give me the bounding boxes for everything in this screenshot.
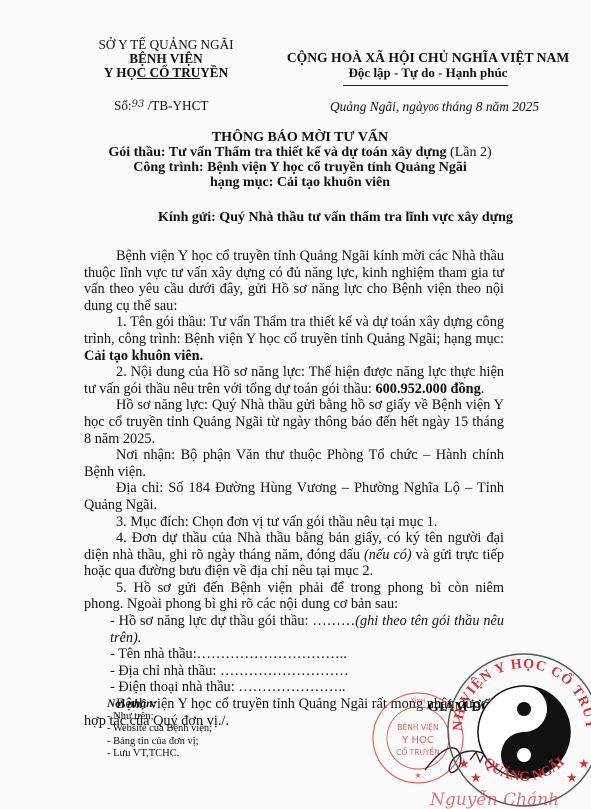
item-4: 4. Đơn dự thầu của Nhà thầu bằng bản giấ…: [84, 530, 504, 580]
svg-text:★: ★: [470, 770, 482, 785]
svg-text:★: ★: [578, 756, 590, 771]
national-motto: Độc lập - Tự do - Hạnh phúc: [278, 65, 578, 80]
agency-parent: SỞ Y TẾ QUẢNG NGÃI: [96, 38, 236, 52]
place-date: Quảng Ngãi, ngày06 tháng 8 năm 2025: [330, 99, 539, 115]
recipient-item: - Website của Bệnh viện;: [107, 723, 212, 736]
document-title: THÔNG BÁO MỜI TƯ VẤN: [60, 130, 540, 145]
agency-name-line1: BỆNH VIỆN: [96, 52, 236, 66]
envelope-line-package: - Hồ sơ năng lực dự thầu gói thầu: ………(g…: [84, 613, 504, 646]
project-name: Công trình: Bệnh viện Y học cổ truyền tỉ…: [60, 160, 540, 175]
document-body: Bệnh viện Y học cổ truyền tỉnh Quảng Ngã…: [84, 248, 504, 729]
receiver-paragraph: Nơi nhận: Bộ phận Văn thư thuộc Phòng Tổ…: [84, 447, 504, 480]
document-page: SỞ Y TẾ QUẢNG NGÃI BỆNH VIỆN Y HỌC CỔ TR…: [0, 0, 591, 809]
envelope-line-contractor: - Tên nhà thầu:…………………………..: [84, 646, 504, 663]
intro-paragraph: Bệnh viện Y học cổ truyền tỉnh Quảng Ngã…: [84, 248, 504, 314]
nation-name: CỘNG HOÀ XÃ HỘI CHỦ NGHĨA VIỆT NAM: [278, 50, 578, 65]
issuing-agency: SỞ Y TẾ QUẢNG NGÃI BỆNH VIỆN Y HỌC CỔ TR…: [96, 38, 236, 80]
item-5: 5. Hồ sơ gửi đến Bệnh viện phải để trong…: [84, 580, 504, 613]
document-title-block: THÔNG BÁO MỜI TƯ VẤN Gói thầu: Tư vấn Th…: [60, 130, 540, 190]
submission-paragraph: Hồ sơ năng lực: Quý Nhà thầu gửi bằng hồ…: [84, 397, 504, 447]
address-paragraph: Địa chỉ: Số 184 Đường Hùng Vương – Phườn…: [84, 480, 504, 513]
item-3: 3. Mục đích: Chọn đơn vị tư vấn gói thầu…: [84, 514, 504, 531]
recipient-item: - Bảng tin của đơn vị;: [107, 736, 212, 749]
recipient-item: - Như trên;: [107, 711, 212, 724]
signer-name: Nguyễn Chánh: [430, 790, 559, 809]
recipients-heading: Nơi nhận:: [107, 698, 212, 711]
item-1: 1. Tên gói thầu: Tư vấn Thẩm tra thiết k…: [84, 314, 504, 364]
recipient-item: - Lưu VT,TCHC.: [107, 748, 212, 761]
recipients-list: Nơi nhận: - Như trên; - Website của Bệnh…: [107, 698, 212, 761]
motto-underline: [343, 85, 508, 86]
svg-text:★: ★: [458, 756, 470, 771]
item-2: 2. Nội dung của Hồ sơ năng lực: Thể hiện…: [84, 364, 504, 397]
agency-name-line2: Y HỌC CỔ TRUYỀN: [96, 66, 236, 80]
svg-text:★: ★: [566, 770, 578, 785]
national-header: CỘNG HOÀ XÃ HỘI CHỦ NGHĨA VIỆT NAM Độc l…: [278, 50, 578, 80]
official-seal: BỆNH VIỆN Y HỌC CỔ TRUYỀN QUẢNG NGÃI ★ ★…: [444, 650, 591, 809]
document-number: Số:93 /TB-YHCT: [114, 98, 208, 114]
item-name: hạng mục: Cải tạo khuôn viên: [60, 175, 540, 190]
small-stamp-ring-text: TỈNH: [410, 697, 425, 705]
envelope-line-address: - Địa chỉ nhà thầu: ………………………: [84, 663, 504, 680]
package-name: Gói thầu: Tư vấn Thẩm tra thiết kế và dự…: [60, 145, 540, 160]
addressee: Kính gửi: Quý Nhà thầu tư vấn thẩm tra l…: [158, 210, 513, 226]
